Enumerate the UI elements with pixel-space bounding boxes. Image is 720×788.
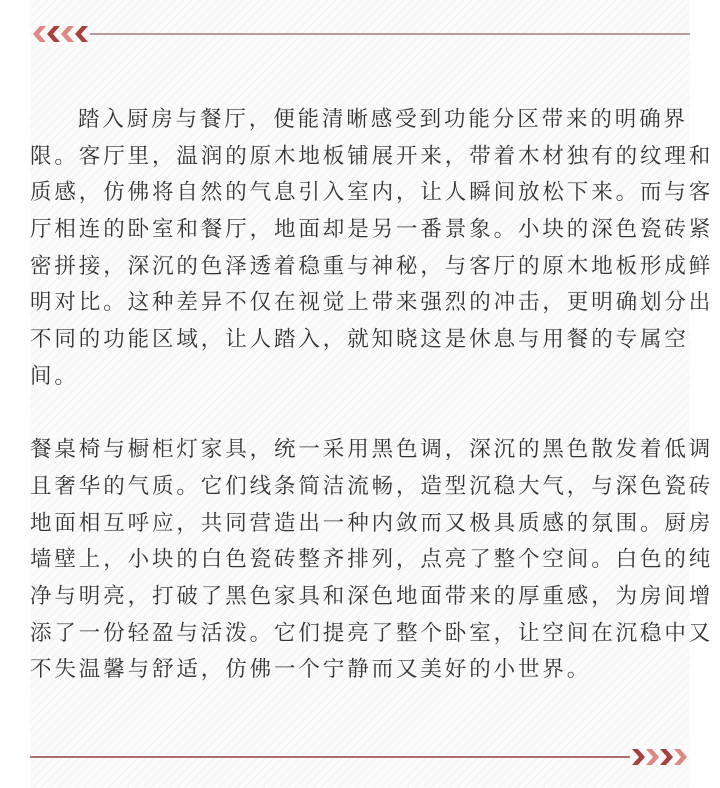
bottom-divider-rule (30, 756, 630, 758)
chevron-left-icon (47, 26, 60, 42)
paragraph-2: 餐桌椅与橱柜灯家具，统一采用黑色调，深沉的黑色散发着低调 且奢华的气质。它们线条… (30, 432, 694, 689)
text-line: 净与明亮，打破了黑色家具和深色地面带来的厚重感，为房间增 (30, 579, 694, 616)
text-line: 厅相连的卧室和餐厅，地面却是另一番景象。小块的深色瓷砖紧 (30, 212, 694, 249)
text-line: 不同的功能区域，让人踏入，就知晓这是休息与用餐的专属空 (30, 322, 694, 359)
chevron-left-icon (33, 26, 46, 42)
text-line: 密拼接，深沉的色泽透着稳重与神秘，与客厅的原木地板形成鲜 (30, 249, 694, 286)
text-line: 限。客厅里，温润的原木地板铺展开来，带着木材独有的纹理和 (30, 139, 694, 176)
text-line: 踏入厨房与餐厅，便能清晰感受到功能分区带来的明确界 (30, 102, 694, 139)
text-line: 且奢华的气质。它们线条简洁流畅，造型沉稳大气，与深色瓷砖 (30, 469, 694, 506)
paragraph-1: 踏入厨房与餐厅，便能清晰感受到功能分区带来的明确界 限。客厅里，温润的原木地板铺… (30, 102, 694, 396)
text-line: 间。 (30, 359, 694, 396)
paragraph-spacer (30, 396, 694, 433)
chevron-right-icon (674, 749, 687, 765)
chevrons-left-icon (30, 24, 92, 44)
chevrons-right-icon (628, 747, 690, 767)
text-line: 地面相互呼应，共同营造出一种内敛而又极具质感的氛围。厨房 (30, 506, 694, 543)
chevron-left-icon (75, 26, 88, 42)
chevron-right-icon (632, 749, 645, 765)
text-line: 添了一份轻盈与活泼。它们提亮了整个卧室，让空间在沉稳中又 (30, 616, 694, 653)
top-divider-rule (90, 33, 690, 35)
text-line: 明对比。这种差异不仅在视觉上带来强烈的冲击，更明确划分出 (30, 285, 694, 322)
chevron-right-icon (646, 749, 659, 765)
top-divider (30, 24, 690, 44)
chevron-right-icon (660, 749, 673, 765)
article-body: 踏入厨房与餐厅，便能清晰感受到功能分区带来的明确界 限。客厅里，温润的原木地板铺… (30, 102, 694, 689)
text-line: 墙壁上，小块的白色瓷砖整齐排列，点亮了整个空间。白色的纯 (30, 542, 694, 579)
text-line: 质感，仿佛将自然的气息引入室内，让人瞬间放松下来。而与客 (30, 175, 694, 212)
text-line: 餐桌椅与橱柜灯家具，统一采用黑色调，深沉的黑色散发着低调 (30, 432, 694, 469)
chevron-left-icon (61, 26, 74, 42)
bottom-divider (30, 747, 690, 767)
text-line: 不失温馨与舒适，仿佛一个宁静而又美好的小世界。 (30, 652, 694, 689)
